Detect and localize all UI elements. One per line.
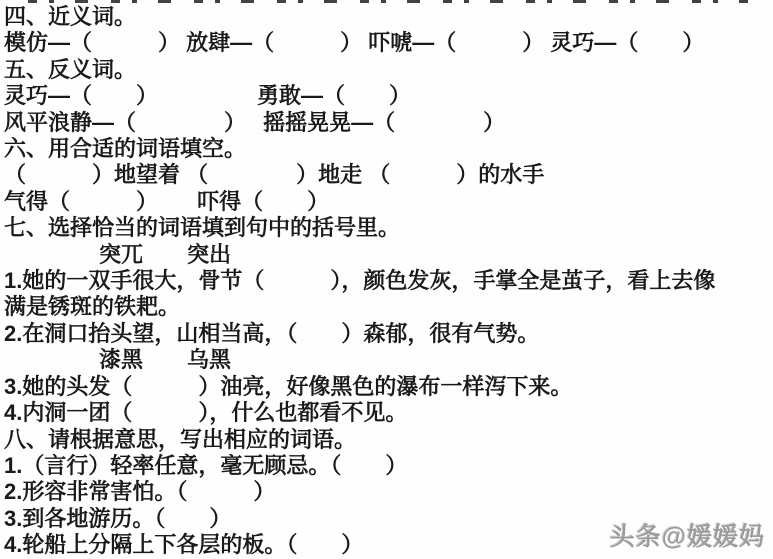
fill-blanks-line-2: 气得（ ） 吓得（ ） (4, 189, 770, 215)
section-8-heading-definitions: 八、请根据意思，写出相应的词语。 (4, 427, 770, 453)
word-choice-sentence-1a: 1.她的一双手很大，骨节（ ），颜色发灰，手掌全是茧子，看上去像 (4, 268, 770, 294)
word-choice-sentence-4: 4.内洞一团（ ），什么也都看不见。 (4, 400, 770, 426)
antonyms-fill-line-2: 风平浪静—（ ） 摇摇晃晃—（ ） (4, 110, 770, 136)
section-4-heading-synonyms: 四、近义词。 (4, 4, 770, 30)
word-choice-options-2: 漆黑 乌黑 (4, 347, 770, 373)
synonyms-fill-line: 模仿—（ ） 放肆—（ ） 吓唬—（ ） 灵巧—（ ） (4, 30, 770, 56)
word-choice-sentence-1b: 满是锈斑的铁耙。 (4, 294, 770, 320)
definition-item-1: 1.（言行）轻率任意，毫无顾忌。（ ） (4, 453, 770, 479)
toutiao-watermark: 头条@媛媛妈 (610, 517, 765, 553)
word-choice-options-1: 突兀 突出 (4, 242, 770, 268)
section-6-heading-fill-blanks: 六、用合适的词语填空。 (4, 136, 770, 162)
worksheet-page: 四、近义词。 模仿—（ ） 放肆—（ ） 吓唬—（ ） 灵巧—（ ） 五、反义词… (4, 4, 770, 559)
cropped-previous-line-fragments (28, 0, 748, 3)
section-5-heading-antonyms: 五、反义词。 (4, 57, 770, 83)
antonyms-fill-line-1: 灵巧—（ ） 勇敢—（ ） (4, 83, 770, 109)
section-7-heading-word-choice: 七、选择恰当的词语填到句中的括号里。 (4, 215, 770, 241)
word-choice-sentence-2: 2.在洞口抬头望，山相当高，（ ）森郁，很有气势。 (4, 321, 770, 347)
word-choice-sentence-3: 3.她的头发（ ）油亮，好像黑色的瀑布一样泻下来。 (4, 374, 770, 400)
definition-item-2: 2.形容非常害怕。（ ） (4, 479, 770, 505)
fill-blanks-line-1: （ ）地望着 （ ）地走 （ ）的水手 (4, 162, 770, 188)
